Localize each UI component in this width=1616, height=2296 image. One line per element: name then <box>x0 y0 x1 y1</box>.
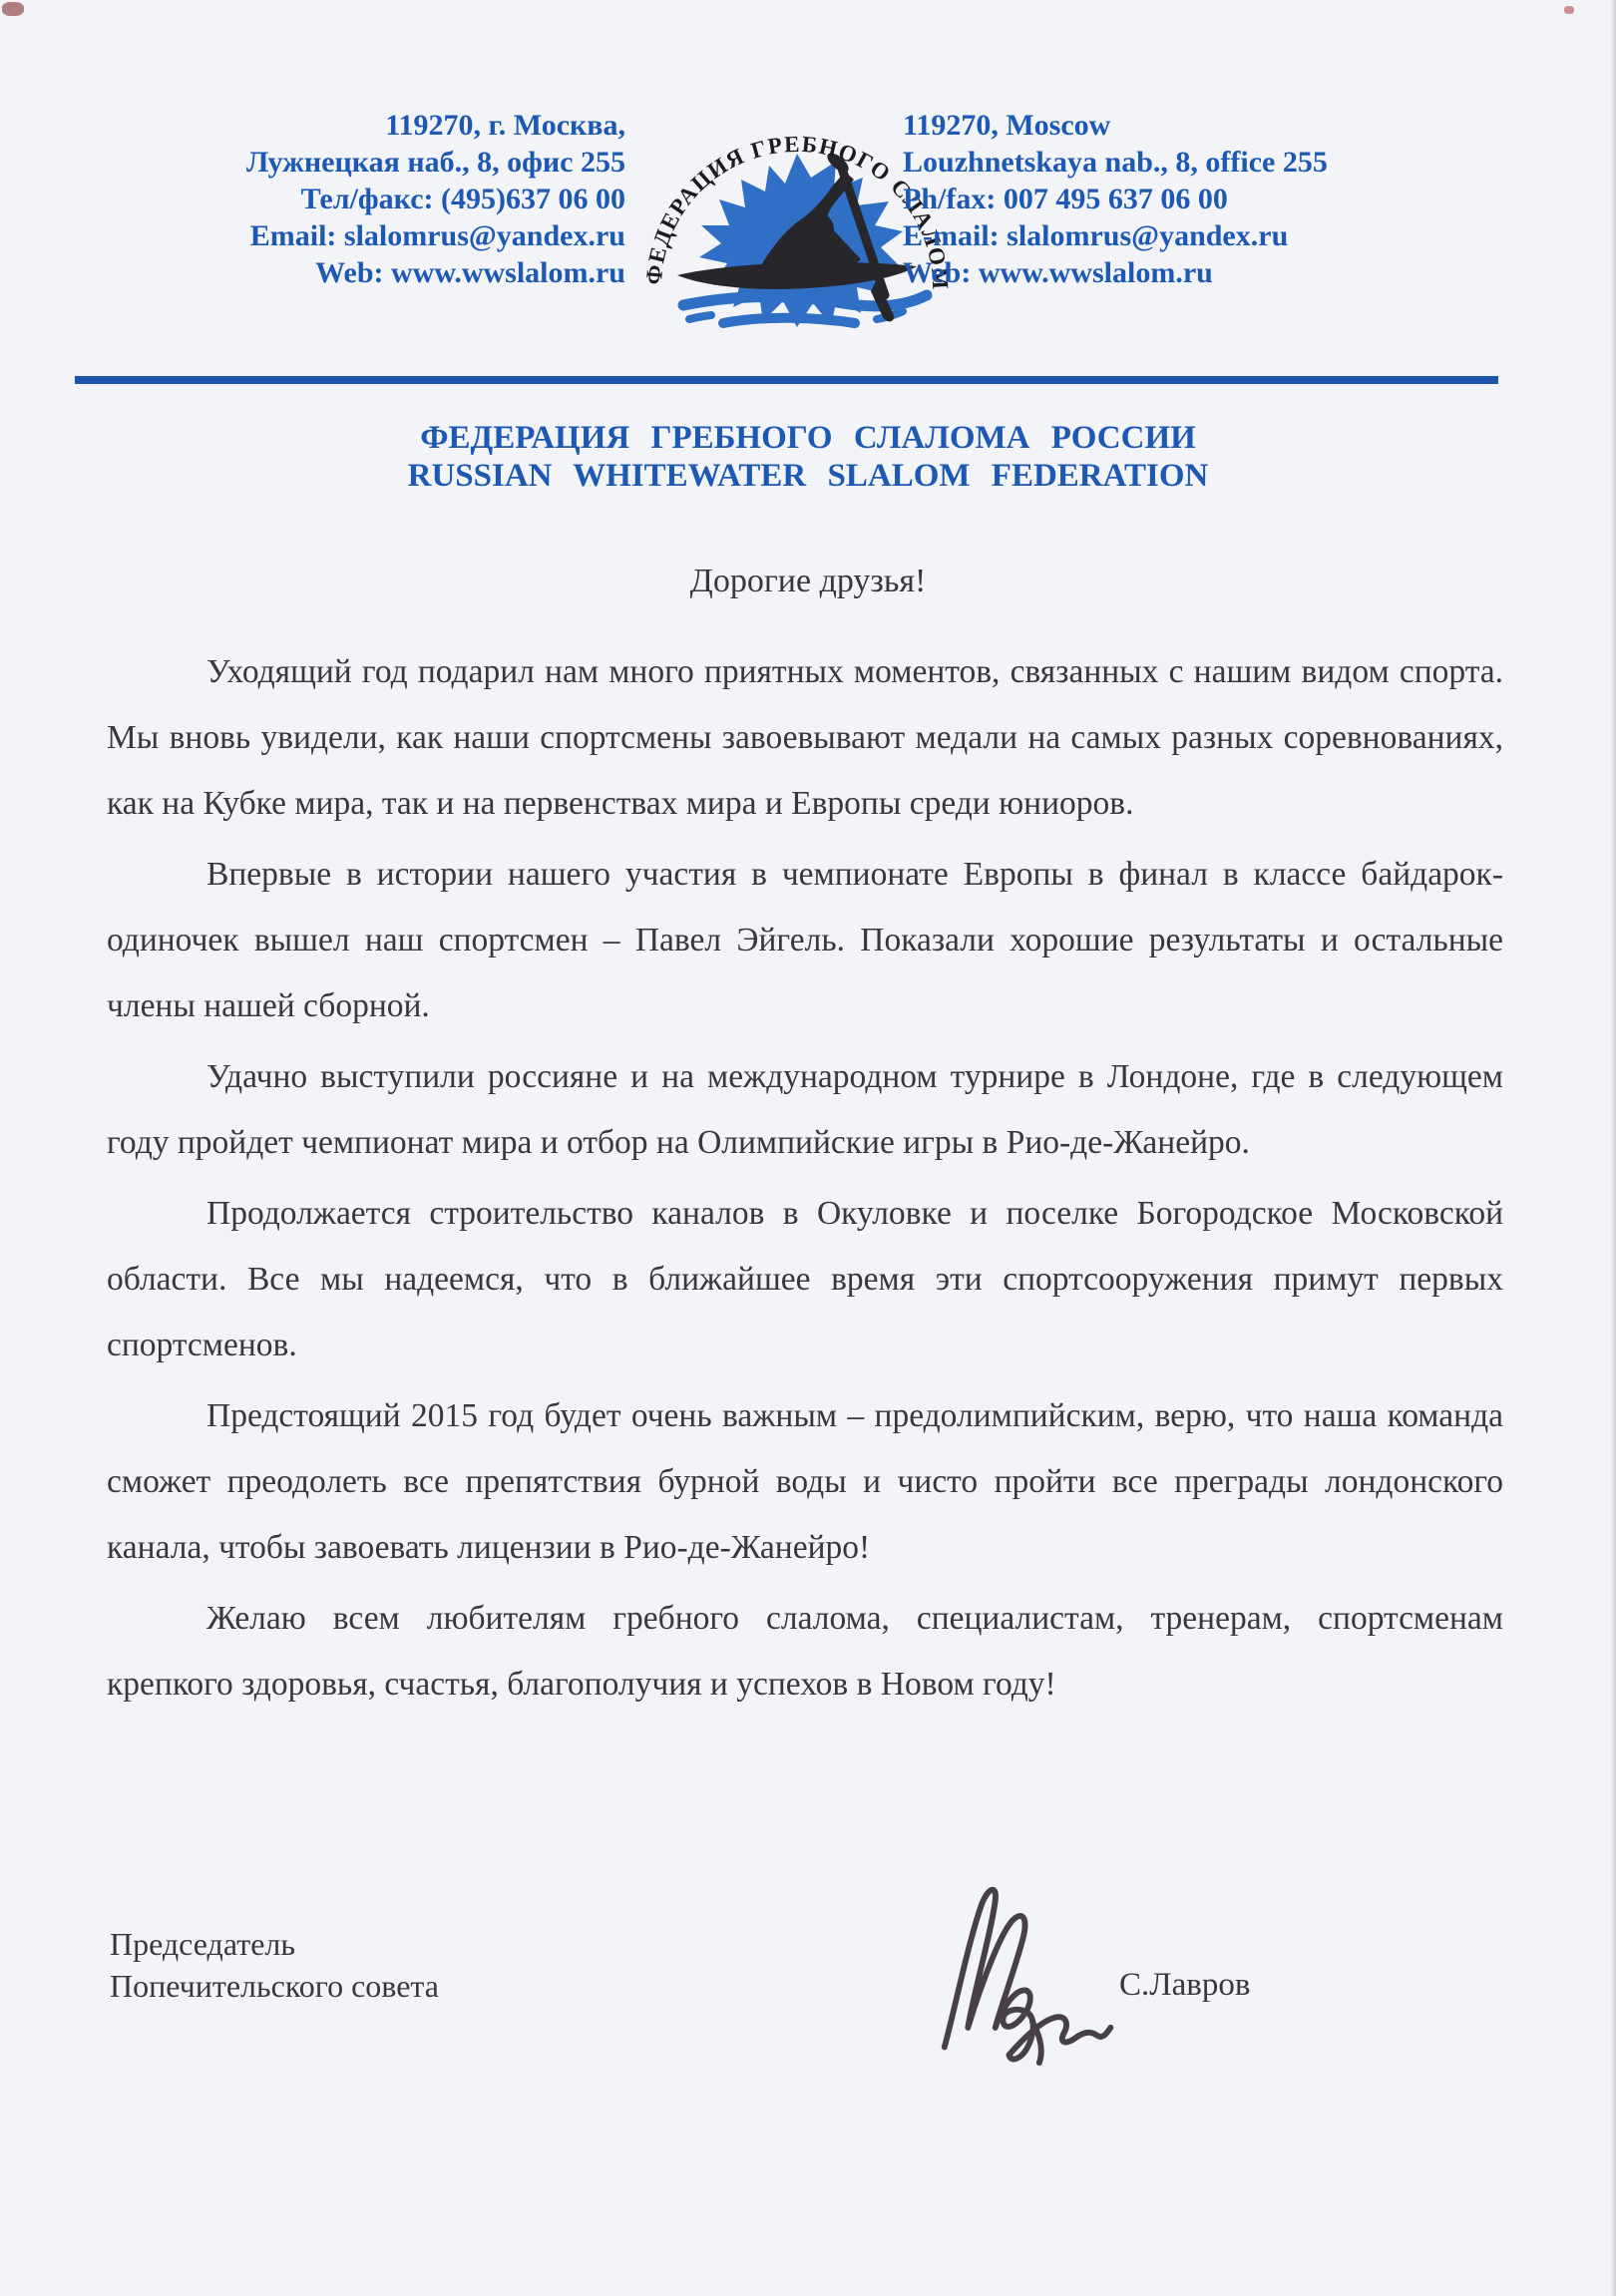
contact-line-phone-en: Ph/fax: 007 495 637 06 00 <box>903 181 1362 217</box>
paragraph-6: Желаю всем любителям гребного слалома, с… <box>107 1586 1503 1718</box>
paragraph-3: Удачно выступили россияне и на междунаро… <box>107 1044 1503 1176</box>
contact-line-email-ru: Email: slalomrus@yandex.ru <box>130 217 625 254</box>
contact-line-web-en: Web: www.wwslalom.ru <box>903 254 1362 291</box>
contact-line-phone-ru: Тел/факс: (495)637 06 00 <box>130 181 625 217</box>
letterhead-divider-rule <box>75 376 1498 384</box>
signature-role-line-1: Председатель <box>110 1923 439 1965</box>
letterhead-contacts-ru: 119270, г. Москва, Лужнецкая наб., 8, оф… <box>130 107 625 291</box>
org-title: ФЕДЕРАЦИЯ ГРЕБНОГО СЛАЛОМА РОССИИ RUSSIA… <box>110 419 1506 495</box>
paragraph-2: Впервые в истории нашего участия в чемпи… <box>107 842 1503 1039</box>
signature-scribble <box>936 1875 1127 2071</box>
salutation: Дорогие друзья! <box>110 563 1506 600</box>
signatory-name: С.Лавров <box>1119 1967 1250 2004</box>
scan-artifact <box>2 2 24 16</box>
org-title-ru: ФЕДЕРАЦИЯ ГРЕБНОГО СЛАЛОМА РОССИИ <box>110 419 1506 457</box>
org-title-en: RUSSIAN WHITEWATER SLALOM FEDERATION <box>110 457 1506 495</box>
contact-line-address-zip-en: 119270, Moscow <box>903 107 1362 144</box>
contact-line-street-ru: Лужнецкая наб., 8, офис 255 <box>130 144 625 181</box>
scan-edge-shadow <box>1610 0 1616 2296</box>
paragraph-4: Продолжается строительство каналов в Оку… <box>107 1181 1503 1378</box>
letterhead-contacts-en: 119270, Moscow Louzhnetskaya nab., 8, of… <box>903 107 1362 291</box>
contact-line-address-zip-ru: 119270, г. Москва, <box>130 107 625 144</box>
contact-line-email-en: E-mail: slalomrus@yandex.ru <box>903 217 1362 254</box>
contact-line-web-ru: Web: www.wwslalom.ru <box>130 254 625 291</box>
paragraph-5: Предстоящий 2015 год будет очень важным … <box>107 1383 1503 1581</box>
signature-role: Председатель Попечительского совета <box>110 1923 439 2007</box>
letter-body: Уходящий год подарил нам много приятных … <box>107 639 1503 1722</box>
signature-role-line-2: Попечительского совета <box>110 1965 439 2007</box>
paragraph-1: Уходящий год подарил нам много приятных … <box>107 639 1503 837</box>
contact-line-street-en: Louzhnetskaya nab., 8, office 255 <box>903 144 1362 181</box>
scan-artifact <box>1564 6 1574 14</box>
scanned-letter-page: 119270, г. Москва, Лужнецкая наб., 8, оф… <box>0 0 1616 2296</box>
